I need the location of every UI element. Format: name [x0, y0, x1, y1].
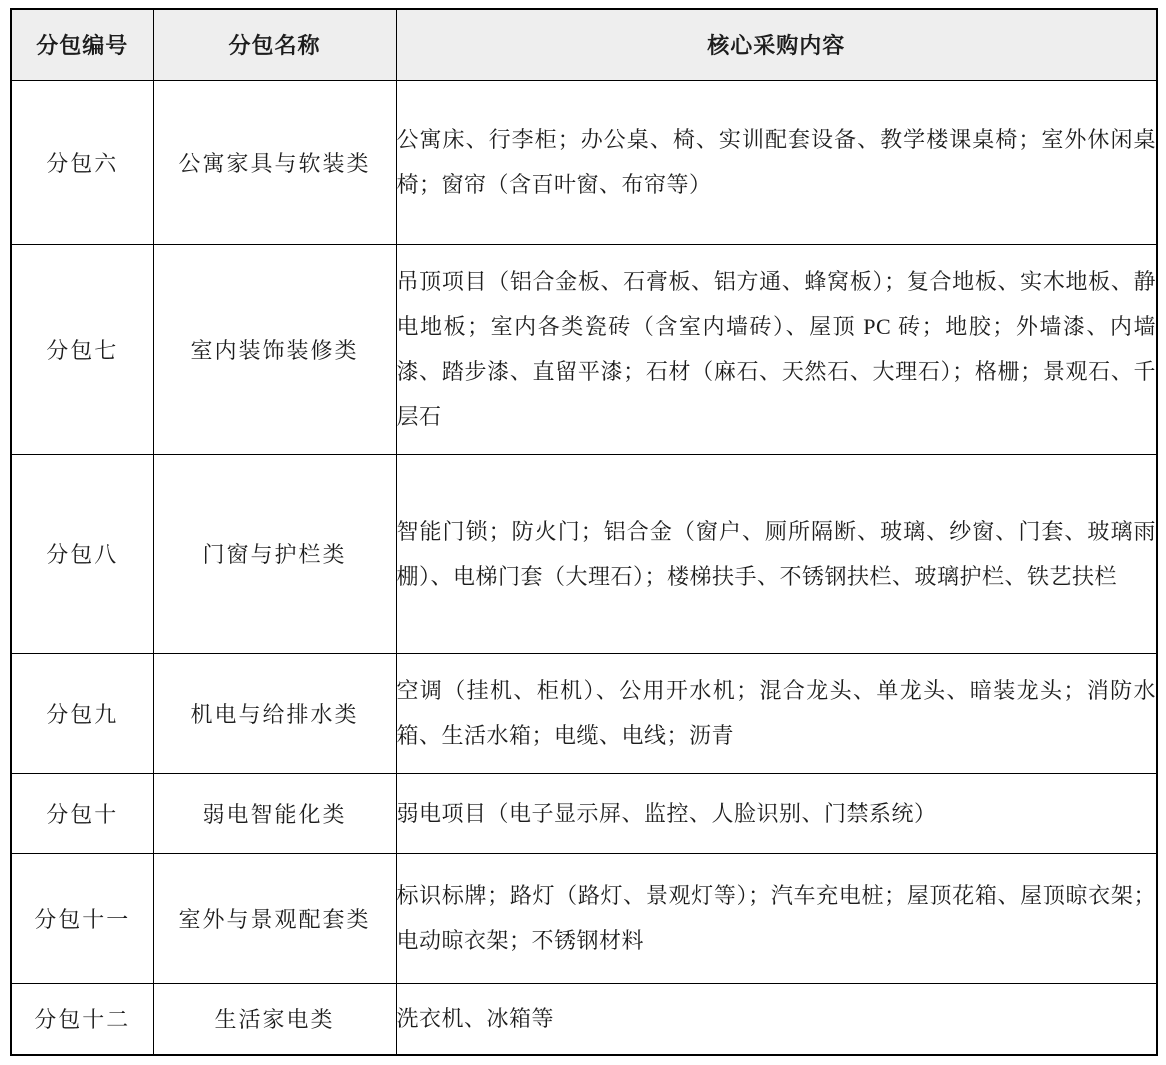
package-content: 智能门锁；防火门；铝合金（窗户、厕所隔断、玻璃、纱窗、门套、玻璃雨棚）、电梯门套… [396, 454, 1157, 653]
package-no: 分包十一 [11, 853, 153, 983]
column-header-core-content: 核心采购内容 [396, 9, 1157, 80]
package-no: 分包九 [11, 653, 153, 773]
package-no: 分包十 [11, 773, 153, 853]
table-row: 分包八 门窗与护栏类 智能门锁；防火门；铝合金（窗户、厕所隔断、玻璃、纱窗、门套… [11, 454, 1157, 653]
table-row: 分包九 机电与给排水类 空调（挂机、柜机）、公用开水机；混合龙头、单龙头、暗装龙… [11, 653, 1157, 773]
package-content: 空调（挂机、柜机）、公用开水机；混合龙头、单龙头、暗装龙头；消防水箱、生活水箱；… [396, 653, 1157, 773]
package-content: 吊顶项目（铝合金板、石膏板、铝方通、蜂窝板）；复合地板、实木地板、静电地板；室内… [396, 244, 1157, 454]
table-row: 分包十二 生活家电类 洗衣机、冰箱等 [11, 983, 1157, 1055]
column-header-package-no: 分包编号 [11, 9, 153, 80]
package-no: 分包六 [11, 80, 153, 244]
table-row: 分包七 室内装饰装修类 吊顶项目（铝合金板、石膏板、铝方通、蜂窝板）；复合地板、… [11, 244, 1157, 454]
package-name: 公寓家具与软装类 [153, 80, 396, 244]
package-name: 室外与景观配套类 [153, 853, 396, 983]
table-row: 分包十 弱电智能化类 弱电项目（电子显示屏、监控、人脸识别、门禁系统） [11, 773, 1157, 853]
column-header-package-name: 分包名称 [153, 9, 396, 80]
package-name: 门窗与护栏类 [153, 454, 396, 653]
package-no: 分包七 [11, 244, 153, 454]
table-row: 分包六 公寓家具与软装类 公寓床、行李柜；办公桌、椅、实训配套设备、教学楼课桌椅… [11, 80, 1157, 244]
package-content: 洗衣机、冰箱等 [396, 983, 1157, 1055]
package-name: 室内装饰装修类 [153, 244, 396, 454]
package-content: 公寓床、行李柜；办公桌、椅、实训配套设备、教学楼课桌椅；室外休闲桌椅；窗帘（含百… [396, 80, 1157, 244]
procurement-package-table: 分包编号 分包名称 核心采购内容 分包六 公寓家具与软装类 公寓床、行李柜；办公… [10, 8, 1158, 1056]
header-row: 分包编号 分包名称 核心采购内容 [11, 9, 1157, 80]
table-row: 分包十一 室外与景观配套类 标识标牌；路灯（路灯、景观灯等）；汽车充电桩；屋顶花… [11, 853, 1157, 983]
package-no: 分包十二 [11, 983, 153, 1055]
package-content: 弱电项目（电子显示屏、监控、人脸识别、门禁系统） [396, 773, 1157, 853]
package-name: 弱电智能化类 [153, 773, 396, 853]
package-name: 机电与给排水类 [153, 653, 396, 773]
package-no: 分包八 [11, 454, 153, 653]
package-content: 标识标牌；路灯（路灯、景观灯等）；汽车充电桩；屋顶花箱、屋顶晾衣架；电动晾衣架；… [396, 853, 1157, 983]
package-name: 生活家电类 [153, 983, 396, 1055]
